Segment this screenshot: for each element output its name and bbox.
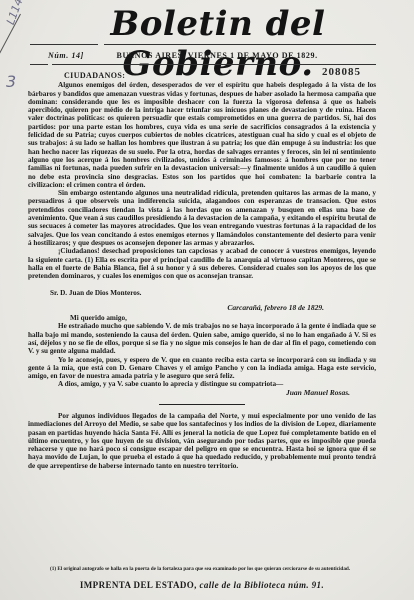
footnote-text: (1) El original autografo se halla en la…: [28, 566, 376, 572]
dateline: Núm. 14] BUENOS AIRES, VIERNES 1 DE MAYO…: [48, 51, 368, 61]
proclamation-paragraph: ¡Ciudadanos! desechad proposiciones tan …: [28, 247, 376, 280]
imprint-press: IMPRENTA DEL ESTADO,: [80, 580, 197, 590]
imprint-line: IMPRENTA DEL ESTADO, calle de la Bibliot…: [28, 580, 376, 590]
proclamation-paragraph: Sin embargo ostentando algunos una neutr…: [28, 189, 376, 247]
rule-divider: [30, 64, 48, 65]
letter-place-date: Carcarañá, febrero 18 de 1829.: [28, 304, 324, 312]
letter-signature: Juan Manuel Rosas.: [28, 389, 350, 397]
handwritten-number: 3: [6, 72, 16, 91]
letter-greeting: Mi querido amigo,: [70, 314, 376, 322]
imprint-address: calle de la Biblioteca núm. 91.: [199, 580, 324, 590]
rule-divider: [30, 44, 98, 45]
letter-paragraph: Yo le aconsejo, pues, y espero de V. que…: [28, 356, 376, 381]
article-body: CIUDADANOS: Algunos enemigos del órden, …: [28, 72, 376, 470]
issue-number: Núm. 14]: [48, 51, 84, 60]
newspaper-page: L11409 3 Boletin del Gobierno. Núm. 14] …: [0, 0, 414, 600]
news-paragraph: Por algunos individuos llegados de la ca…: [28, 412, 376, 470]
rule-divider: [52, 64, 376, 65]
letter-addressee: Sr. D. Juan de Dios Monteros.: [50, 289, 376, 297]
letter-paragraph: He estrañado mucho que sabiendo V. de mi…: [28, 322, 376, 355]
footnote: (1) El original autografo se halla en la…: [28, 566, 376, 572]
rule-divider: [104, 44, 376, 45]
handwritten-catalog-mark: L11409: [4, 0, 30, 26]
salutation: CIUDADANOS:: [64, 72, 376, 80]
section-divider: [159, 404, 245, 405]
date-location: BUENOS AIRES, VIERNES 1 DE MAYO DE 1829.: [117, 51, 318, 60]
proclamation-paragraph: Algunos enemigos del órden, desesperados…: [28, 81, 376, 189]
